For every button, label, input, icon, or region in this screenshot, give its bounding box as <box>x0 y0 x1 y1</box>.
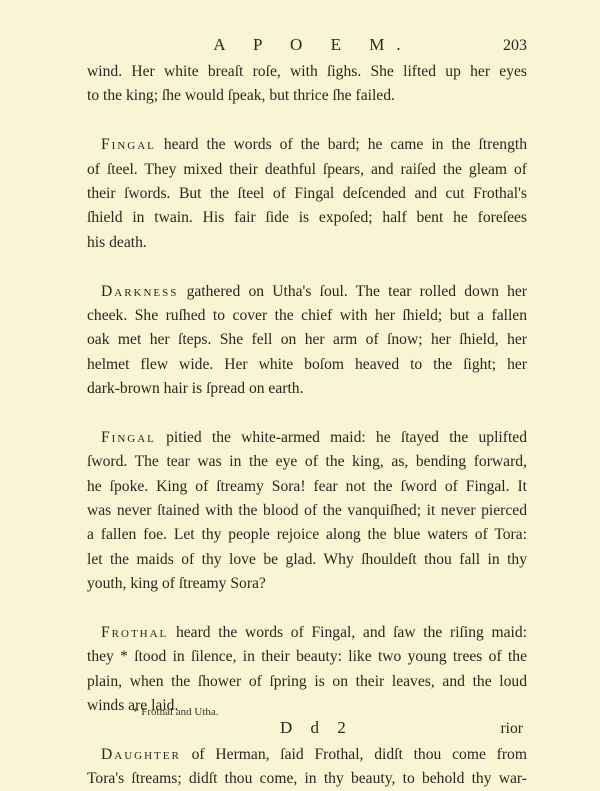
text-line: his death. <box>87 231 527 255</box>
text-line: ſword. The tear was in the eye of the ki… <box>87 450 527 474</box>
paragraph: Daughter of Herman, ſaid Frothal, didſt … <box>87 743 527 791</box>
text-line: ſhield in twain. His fair ſide is expoſe… <box>87 206 527 230</box>
book-page: A P O E M. 203 wind. Her white breaſt ro… <box>0 0 600 791</box>
text-line: cheek. She ruſhed to cover the chief wit… <box>87 304 527 328</box>
running-title: A P O E M. <box>87 35 527 55</box>
page-number: 203 <box>503 37 527 55</box>
footnote: * Frothal and Utha. <box>133 706 219 718</box>
text-line: plain, when the ſhower of ſpring is on t… <box>87 670 527 694</box>
text-line: helmet flew wide. Her white boſom heaved… <box>87 353 527 377</box>
text-line: let the maids of thy love be glad. Why ſ… <box>87 548 527 572</box>
paragraph: wind. Her white breaſt roſe, with ſighs.… <box>87 60 527 109</box>
text-line: to the king; ſhe would ſpeak, but thrice… <box>87 84 527 108</box>
text-line: Fingal heard the words of the bard; he c… <box>87 133 527 157</box>
catchword: rior <box>500 720 523 738</box>
text-line: their ſwords. But the ſteel of Fingal de… <box>87 182 527 206</box>
lead-word: Frothal <box>101 624 168 641</box>
text-line: wind. Her white breaſt roſe, with ſighs.… <box>87 60 527 84</box>
text-line: a fallen foe. Let thy people rejoice alo… <box>87 523 527 547</box>
lead-word: Fingal <box>101 136 156 153</box>
lead-word: Fingal <box>101 429 156 446</box>
paragraph: Fingal pitied the white-armed maid: he ſ… <box>87 426 527 597</box>
text-line: they * ſtood in ſilence, in their beauty… <box>87 645 527 669</box>
paragraph: Darkness gathered on Utha's ſoul. The te… <box>87 280 527 402</box>
paragraph: Frothal heard the words of Fingal, and ſ… <box>87 621 527 719</box>
lead-word: Darkness <box>101 283 178 300</box>
lead-word: Daughter <box>101 746 181 763</box>
text-line: Tora's ſtreams; didſt thou come, in thy … <box>87 767 527 791</box>
text-line: Fingal pitied the white-armed maid: he ſ… <box>87 426 527 450</box>
running-head: A P O E M. 203 <box>87 35 527 59</box>
text-line: Frothal heard the words of Fingal, and ſ… <box>87 621 527 645</box>
text-line: oak met her ſteps. She fell on her arm o… <box>87 328 527 352</box>
text-line: of ſteel. They mixed their deathful ſpea… <box>87 158 527 182</box>
text-line: he ſpoke. King of ſtreamy Sora! fear not… <box>87 475 527 499</box>
text-line: dark-brown hair is ſpread on earth. <box>87 377 527 401</box>
signature-mark: D d 2 <box>280 718 353 738</box>
text-line: Daughter of Herman, ſaid Frothal, didſt … <box>87 743 527 767</box>
paragraph: Fingal heard the words of the bard; he c… <box>87 133 527 255</box>
text-line: Darkness gathered on Utha's ſoul. The te… <box>87 280 527 304</box>
body-text: wind. Her white breaſt roſe, with ſighs.… <box>87 60 527 791</box>
text-line: youth, king of ſtreamy Sora? <box>87 572 527 596</box>
text-line: was never ſtained with the blood of the … <box>87 499 527 523</box>
